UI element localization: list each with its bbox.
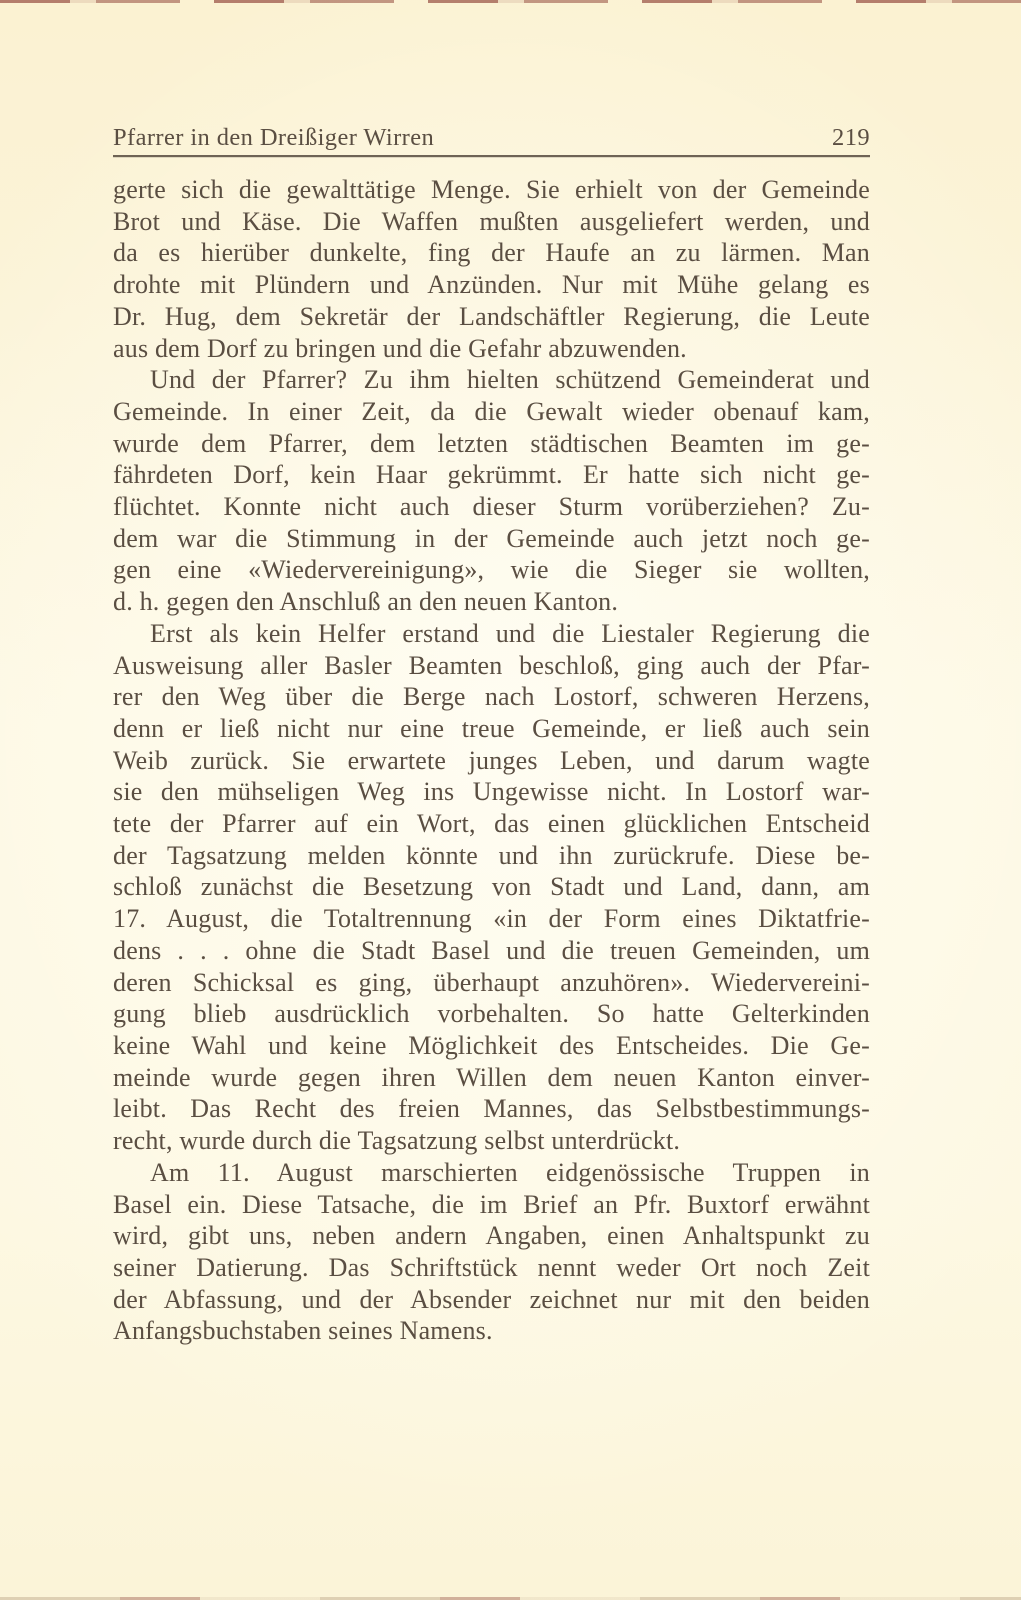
text-line: schloß zunächst die Besetzung von Stadt … [113,871,870,903]
text-line: wurde dem Pfarrer, dem letzten städtisch… [113,428,870,460]
text-line: da es hierüber dunkelte, fing der Haufe … [113,237,870,269]
page-number: 219 [832,124,870,152]
top-edge-scan-artifact [0,0,1021,3]
text-line: keine Wahl und keine Möglichkeit des Ent… [113,1030,870,1062]
text-line: Dr. Hug, dem Sekretär der Landschäftler … [113,301,870,333]
page-content: Pfarrer in den Dreißiger Wirren 219 gert… [113,124,870,1347]
text-line: leibt. Das Recht des freien Mannes, das … [113,1093,870,1125]
text-line: seiner Datierung. Das Schriftstück nennt… [113,1252,870,1284]
text-line: rer den Weg über die Berge nach Lostorf,… [113,681,870,713]
text-line: wird, gibt uns, neben andern Angaben, ei… [113,1220,870,1252]
text-line: Weib zurück. Sie erwartete junges Leben,… [113,745,870,777]
text-line: Brot und Käse. Die Waffen mußten ausgeli… [113,206,870,238]
text-line: aus dem Dorf zu bringen und die Gefahr a… [113,333,870,365]
text-line: Basel ein. Diese Tatsache, die im Brief … [113,1189,870,1221]
text-line: denn er ließ nicht nur eine treue Gemein… [113,713,870,745]
text-line: gen eine «Wiedervereinigung», wie die Si… [113,554,870,586]
book-page: Pfarrer in den Dreißiger Wirren 219 gert… [0,0,1021,1600]
text-line: tete der Pfarrer auf ein Wort, das einen… [113,808,870,840]
text-line: deren Schicksal es ging, überhaupt anzuh… [113,967,870,999]
text-line: der Tagsatzung melden könnte und ihn zur… [113,840,870,872]
text-line: gerte sich die gewalttätige Menge. Sie e… [113,174,870,206]
text-line: Anfangsbuchstaben seines Namens. [113,1315,870,1347]
text-line: sie den mühseligen Weg ins Ungewisse nic… [113,776,870,808]
text-line: recht, wurde durch die Tagsatzung selbst… [113,1125,870,1157]
text-line: Am 11. August marschierten eidgenössisch… [113,1157,870,1189]
text-line: dens . . . ohne die Stadt Basel und die … [113,935,870,967]
text-line: d. h. gegen den Anschluß an den neuen Ka… [113,586,870,618]
text-line: dem war die Stimmung in der Gemeinde auc… [113,523,870,555]
page-body: gerte sich die gewalttätige Menge. Sie e… [113,174,870,1347]
text-line: Ausweisung aller Basler Beamten beschloß… [113,650,870,682]
chapter-title: Pfarrer in den Dreißiger Wirren [113,124,434,152]
text-line: meinde wurde gegen ihren Willen dem neue… [113,1062,870,1094]
text-line: fährdeten Dorf, kein Haar gekrümmt. Er h… [113,459,870,491]
header-rule [113,155,870,157]
text-line: drohte mit Plündern und Anzünden. Nur mi… [113,269,870,301]
text-line: der Abfassung, und der Absender zeichnet… [113,1284,870,1316]
text-line: 17. August, die Totaltrennung «in der Fo… [113,903,870,935]
text-line: Erst als kein Helfer erstand und die Lie… [113,618,870,650]
running-header: Pfarrer in den Dreißiger Wirren 219 [113,124,870,152]
text-line: gung blieb ausdrücklich vorbehalten. So … [113,998,870,1030]
text-line: Gemeinde. In einer Zeit, da die Gewalt w… [113,396,870,428]
text-line: Und der Pfarrer? Zu ihm hielten schützen… [113,364,870,396]
text-line: flüchtet. Konnte nicht auch dieser Sturm… [113,491,870,523]
